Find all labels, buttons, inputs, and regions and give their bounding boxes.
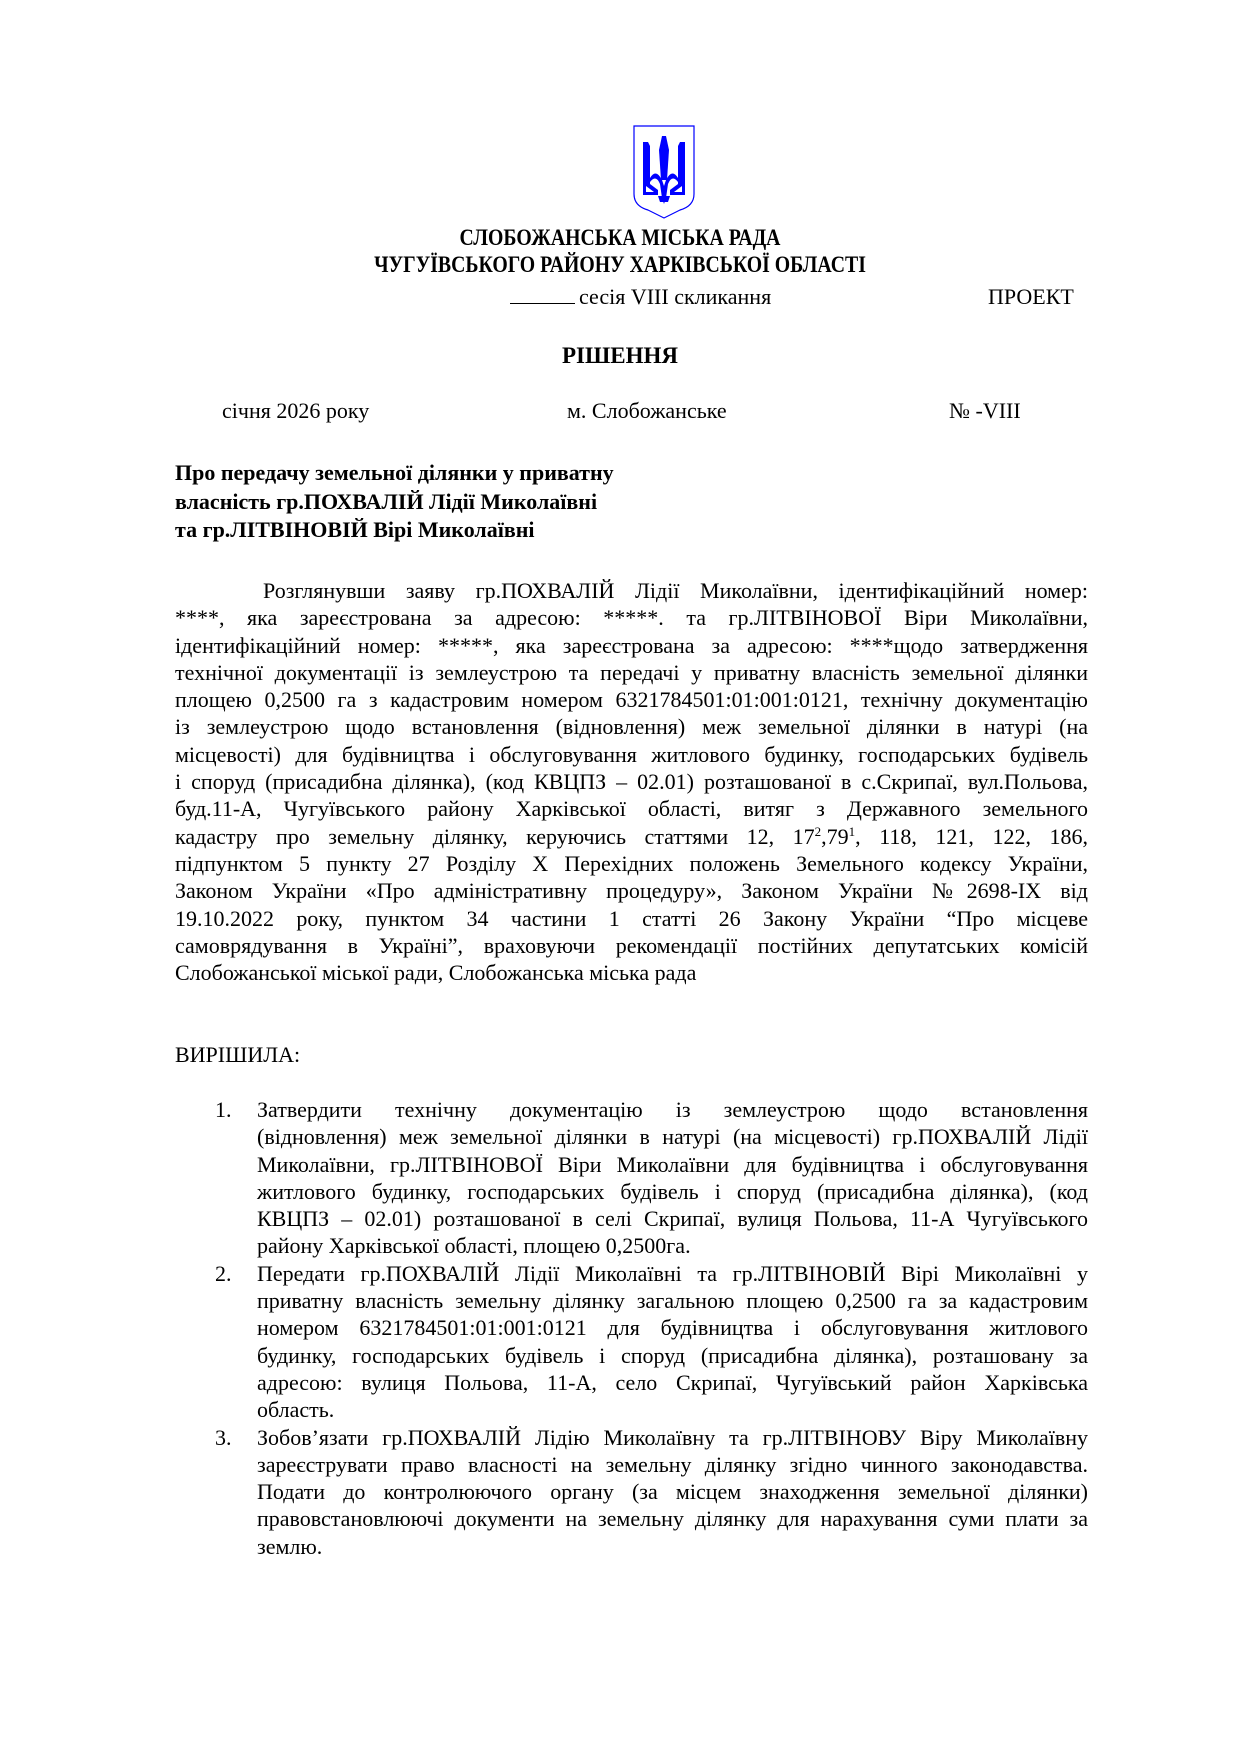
text-line: ідентифікаційний номер: *****, яка зареє… — [175, 632, 1088, 659]
document-number: № -VIII — [949, 398, 1021, 424]
council-name: СЛОБОЖАНСЬКА МІСЬКА РАДА — [87, 225, 1153, 251]
resolution-items-list: 1.Затвердити технічну документацію із зе… — [175, 1096, 1088, 1560]
text-line: площею 0,2500 га з кадастровим номером 6… — [175, 686, 1088, 713]
text-line: Слобожанської міської ради, Слобожанська… — [175, 959, 1088, 986]
text-line: землю. — [257, 1533, 1088, 1560]
document-date: січня 2026 року — [222, 398, 369, 424]
council-district: ЧУГУЇВСЬКОГО РАЙОНУ ХАРКІВСЬКОЇ ОБЛАСТІ — [87, 252, 1153, 278]
text-line: житлового будинку, господарських будівел… — [257, 1178, 1088, 1205]
resolved-label: ВИРІШИЛА: — [175, 1042, 300, 1068]
text-line: із землеустрою щодо встановлення (віднов… — [175, 713, 1088, 740]
text-line: область. — [257, 1396, 1088, 1423]
ukraine-trident-emblem-icon — [632, 124, 696, 220]
resolution-item-number: 1. — [215, 1096, 232, 1123]
text-line: 19.10.2022 року, пунктом 34 частини 1 ст… — [175, 905, 1088, 932]
resolution-item-number: 3. — [215, 1424, 232, 1451]
text-line: буд.11-А, Чугуївського району Харківсько… — [175, 795, 1088, 822]
text-line: Миколаївни, гр.ЛІТВІНОВОЇ Віри Миколаївн… — [257, 1151, 1088, 1178]
resolution-item-text: Зобов’язати гр.ПОХВАЛІЙ Лідію Миколаївну… — [257, 1424, 1088, 1560]
text-line: підпунктом 5 пункту 27 Розділу X Перехід… — [175, 850, 1088, 877]
subject-line: власність гр.ПОХВАЛІЙ Лідії Миколаївні — [175, 488, 614, 517]
text-line: приватну власність земельну ділянку зага… — [257, 1287, 1088, 1314]
resolution-item: 2.Передати гр.ПОХВАЛІЙ Лідії Миколаївні … — [175, 1260, 1088, 1424]
text-line: Розглянувши заяву гр.ПОХВАЛІЙ Лідії Мико… — [175, 577, 1088, 604]
text-line: номером 6321784501:01:001:0121 для будів… — [257, 1314, 1088, 1341]
document-subject: Про передачу земельної ділянки у приватн… — [175, 459, 614, 545]
text-line: Законом України «Про адміністративну про… — [175, 877, 1088, 904]
text-line: кадастру про земельну ділянку, керуючись… — [175, 823, 1088, 850]
session-number-blank — [510, 285, 575, 304]
resolution-item: 3.Зобов’язати гр.ПОХВАЛІЙ Лідію Миколаїв… — [175, 1424, 1088, 1560]
subject-line: Про передачу земельної ділянки у приватн… — [175, 459, 614, 488]
document-city: м. Слобожанське — [567, 398, 727, 424]
resolution-item-number: 2. — [215, 1260, 232, 1287]
resolution-item: 1.Затвердити технічну документацію із зе… — [175, 1096, 1088, 1260]
text-line: Подати до контролюючого органу (за місце… — [257, 1478, 1088, 1505]
session-label: сесія VIII скликання — [579, 284, 771, 309]
document-title: РІШЕННЯ — [0, 343, 1240, 369]
session-line: сесія VIII скликання — [510, 284, 771, 310]
text-line: ****, яка зареєстрована за адресою: ****… — [175, 604, 1088, 631]
draft-label: ПРОЕКТ — [988, 284, 1074, 310]
text-line: самоврядування в Україні”, враховуючи ре… — [175, 932, 1088, 959]
text-line: правовстановлюючі документи на земельну … — [257, 1505, 1088, 1532]
text-line: зареєструвати право власності на земельн… — [257, 1451, 1088, 1478]
resolution-item-text: Передати гр.ПОХВАЛІЙ Лідії Миколаївні та… — [257, 1260, 1088, 1424]
resolution-item-text: Затвердити технічну документацію із земл… — [257, 1096, 1088, 1260]
text-line: місцевості) для будівництва і обслуговув… — [175, 741, 1088, 768]
preamble-paragraph: Розглянувши заяву гр.ПОХВАЛІЙ Лідії Мико… — [175, 577, 1088, 986]
text-line: і споруд (присадибна ділянка), (код КВЦП… — [175, 768, 1088, 795]
text-line: Затвердити технічну документацію із земл… — [257, 1096, 1088, 1123]
text-line: району Харківської області, площею 0,250… — [257, 1232, 1088, 1259]
text-line: адресою: вулиця Польова, 11-А, село Скри… — [257, 1369, 1088, 1396]
text-line: (відновлення) меж земельної ділянки в на… — [257, 1123, 1088, 1150]
subject-line: та гр.ЛІТВІНОВІЙ Вірі Миколаївні — [175, 516, 614, 545]
text-line: будинку, господарських будівель і споруд… — [257, 1342, 1088, 1369]
text-line: Зобов’язати гр.ПОХВАЛІЙ Лідію Миколаївну… — [257, 1424, 1088, 1451]
text-line: КВЦПЗ – 02.01) розташованої в селі Скрип… — [257, 1205, 1088, 1232]
text-line: технічної документації із землеустрою та… — [175, 659, 1088, 686]
text-line: Передати гр.ПОХВАЛІЙ Лідії Миколаївні та… — [257, 1260, 1088, 1287]
